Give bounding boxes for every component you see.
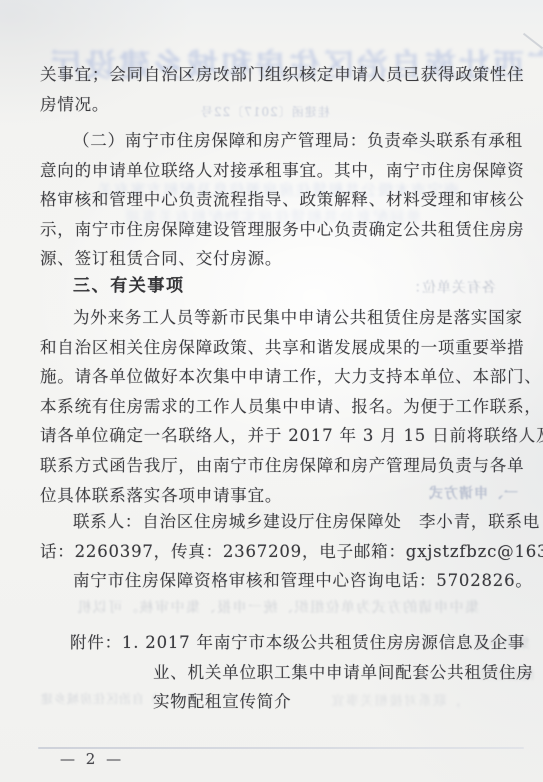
bleed-greeting: 各有关单位： bbox=[406, 277, 496, 297]
text-line: 格审核和管理中心负责流程指导、政策解释、材料受理和审核公 bbox=[40, 185, 510, 215]
text-line: 和自治区相关住房保障政策、共享和谐发展成果的一项重要举措 bbox=[40, 333, 510, 363]
text-line: 联系人：自治区住房城乡建设厅住房保障处 李小青，联系电 bbox=[40, 507, 510, 537]
footer-rule bbox=[38, 747, 524, 749]
paragraph: 联系人：自治区住房城乡建设厅住房保障处 李小青，联系电话：2260397，传真：… bbox=[40, 507, 510, 596]
text-line: 位具体联系落实各项申请事宜。 bbox=[40, 481, 510, 511]
section-heading: 三、有关事项 bbox=[73, 271, 185, 296]
page-number: — 2 — bbox=[60, 750, 124, 768]
text-line: 业、机关单位职工集中申请单间配套公共租赁住房 bbox=[40, 658, 510, 688]
text-line: 联系方式函告我厅，由南宁市住房保障和房产管理局负责与各单 bbox=[40, 451, 510, 481]
text-line: 请各单位确定一名联络人，并于 2017 年 3 月 15 日前将联络人及 bbox=[40, 421, 510, 451]
text-line: （二）南宁市住房保障和房产管理局：负责牵头联系有承租 bbox=[40, 126, 510, 156]
text-line: 示，南宁市住房保障建设管理服务中心负责确定公共租赁住房房 bbox=[40, 215, 510, 245]
paragraph-attachments: 附件：1. 2017 年南宁市本级公共租赁住房房源信息及企事业、机关单位职工集中… bbox=[40, 628, 510, 717]
text-line: 话：2260397，传真：2367209，电子邮箱：gxjstzfbzc@163… bbox=[40, 537, 510, 567]
text-line: 关事宜；会同自治区房改部门组织核定申请人员已获得政策性住 bbox=[40, 60, 510, 90]
text-line: 本系统有住房需求的工作人员集中申请、报名。为便于工作联系， bbox=[40, 392, 510, 422]
text-line: 为外来务工人员等新市民集中申请公共租赁住房是落实国家 bbox=[40, 303, 510, 333]
text-line: 南宁市住房保障资格审核和管理中心咨询电话：5702826。 bbox=[40, 566, 510, 596]
scan-corner-mark bbox=[523, 33, 543, 49]
bleed-long-line: 集中申请的方式为单位组织、统一申报、集中审核。可以机 bbox=[76, 597, 479, 617]
text-line: 施。请各单位做好本次集中申请工作，大力支持本单位、本部门、 bbox=[40, 362, 510, 392]
text-line: 源、签订租赁合同、交付房源。 bbox=[40, 244, 510, 274]
scanned-page: 广西壮族自治区住房和城乡建设厅桂建函〔2017〕22号南宁市本级公共租赁住房房源… bbox=[0, 0, 543, 782]
text-line: 房情况。 bbox=[40, 90, 510, 120]
text-line: 实物配租宣传简介 bbox=[40, 687, 510, 717]
text-line: 附件：1. 2017 年南宁市本级公共租赁住房房源信息及企事 bbox=[40, 628, 510, 658]
paragraph: （二）南宁市住房保障和房产管理局：负责牵头联系有承租意向的申请单位联络人对接承租… bbox=[40, 126, 510, 274]
paragraph: 为外来务工人员等新市民集中申请公共租赁住房是落实国家和自治区相关住房保障政策、共… bbox=[40, 303, 510, 510]
paragraph: 关事宜；会同自治区房改部门组织核定申请人员已获得政策性住房情况。 bbox=[40, 60, 510, 119]
text-line: 意向的申请单位联络人对接承租事宜。其中，南宁市住房保障资 bbox=[40, 156, 510, 186]
